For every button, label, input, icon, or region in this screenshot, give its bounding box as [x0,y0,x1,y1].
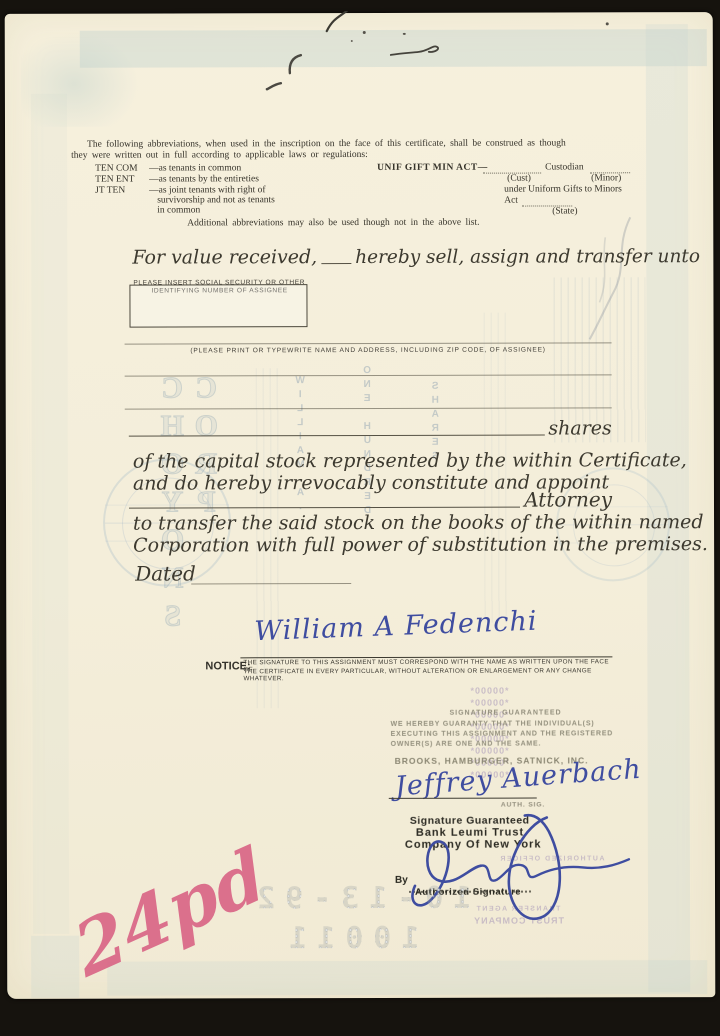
guarantee-line4: OWNER(S) ARE ONE AND THE SAME. [391,741,542,748]
ink-mark-hook [263,53,323,91]
shares-label: shares [548,417,611,439]
abbrev-minor: (Minor) [591,173,621,183]
attorney-label: Attorney [524,487,612,511]
ink-speck [363,31,366,34]
abbrev-unif-label: UNIF GIFT MIN ACT— [377,163,488,173]
ink-speck [606,22,609,25]
abbrev-footer: Additional abbreviations may also be use… [187,218,479,229]
custodian-dotted-line [483,164,541,174]
abbrev-jt-ten-def3: in common [157,205,200,215]
guarantee-line3: EXECUTING THIS ASSIGNMENT AND THE REGIST… [391,730,614,738]
abbrev-custodian: Custodian [545,162,584,172]
attorney-blank-line [129,507,520,509]
abbrev-ten-ent-def: —as tenants by the entireties [149,174,259,184]
abbrev-cust: (Cust) [507,174,531,184]
perforation-number: 10011 [279,921,419,956]
notice-line2: THE CERTIFICATE IN EVERY PARTICULAR, WIT… [243,667,615,682]
bleed-pencil-writing [575,207,645,347]
abbrev-jt-ten-def2: survivorship and not as tenants [157,195,275,205]
bleed-left-border-band [31,94,69,934]
body-line1: of the capital stock represented by the … [133,449,687,472]
custodian-dotted-line2 [590,163,630,173]
attorney-line: Attorney [125,487,612,512]
for-value-line: For value received, hereby sell, assign … [132,245,611,268]
write-line [125,342,612,344]
abbrev-ten-com-def: —as tenants in common [149,163,241,173]
holder-signature: William A Fedenchi [254,606,538,648]
abbrev-intro-line1: The following abbreviations, when used i… [87,138,632,149]
body-line3: to transfer the said stock on the books … [133,511,704,534]
bleed-corner-ornament-bl [31,936,79,998]
abbrev-jt-ten: JT TEN [95,186,125,196]
shares-blank-line [129,435,545,437]
transfer-clause: hereby sell, assign and transfer unto [355,246,700,268]
abbrev-jt-ten-def1: —as joint tenants with right of [149,185,265,195]
scanned-certificate-back: CHOYONS CORP WILLIAM A. ONE HUNDRED SHAR… [0,0,720,1036]
for-value-text: For value received, [132,246,317,268]
abbrev-state: (State) [552,206,577,216]
act-dotted-line [522,196,572,206]
guarantee-line1: SIGNATURE GUARANTEED [450,709,562,716]
ink-mark-squiggle [389,41,445,59]
value-blank-line [321,263,351,264]
ink-mark-top-edge [323,11,353,33]
abbrev-ten-ent: TEN ENT [95,175,134,185]
abbrev-act: Act [504,196,518,206]
ink-speck [351,40,353,42]
abbrev-intro-line2: they were written out in full according … [71,149,616,160]
bleed-corner-ornament [21,32,139,127]
abbrev-ten-com: TEN COM [95,164,138,174]
guarantee-line2: WE HEREBY GUARANTY THAT THE INDIVIDUAL(S… [391,720,595,728]
write-line [125,374,612,376]
auth-sig-line [389,798,537,799]
cancel-row: *00000* [438,685,508,697]
bleed-bottom-border-band [107,960,707,996]
cancel-row: *00000* [439,697,509,709]
abbrev-under: under Uniform Gifts to Minors [504,184,622,194]
ink-speck [403,33,406,35]
shares-line: shares [125,417,612,440]
dated-label: Dated [135,561,196,585]
body-line4: Corporation with full power of substitut… [133,533,708,557]
dated-blank-line [191,583,351,584]
red-handwritten-note: 24pd [65,830,275,993]
paper: CHOYONS CORP WILLIAM A. ONE HUNDRED SHAR… [5,12,716,999]
address-caption: (PLEASE PRINT OR TYPEWRITE NAME AND ADDR… [125,346,612,354]
assignee-id-box [129,284,307,327]
write-line [125,407,612,409]
perforation-date: 10-13-92 [247,881,472,917]
